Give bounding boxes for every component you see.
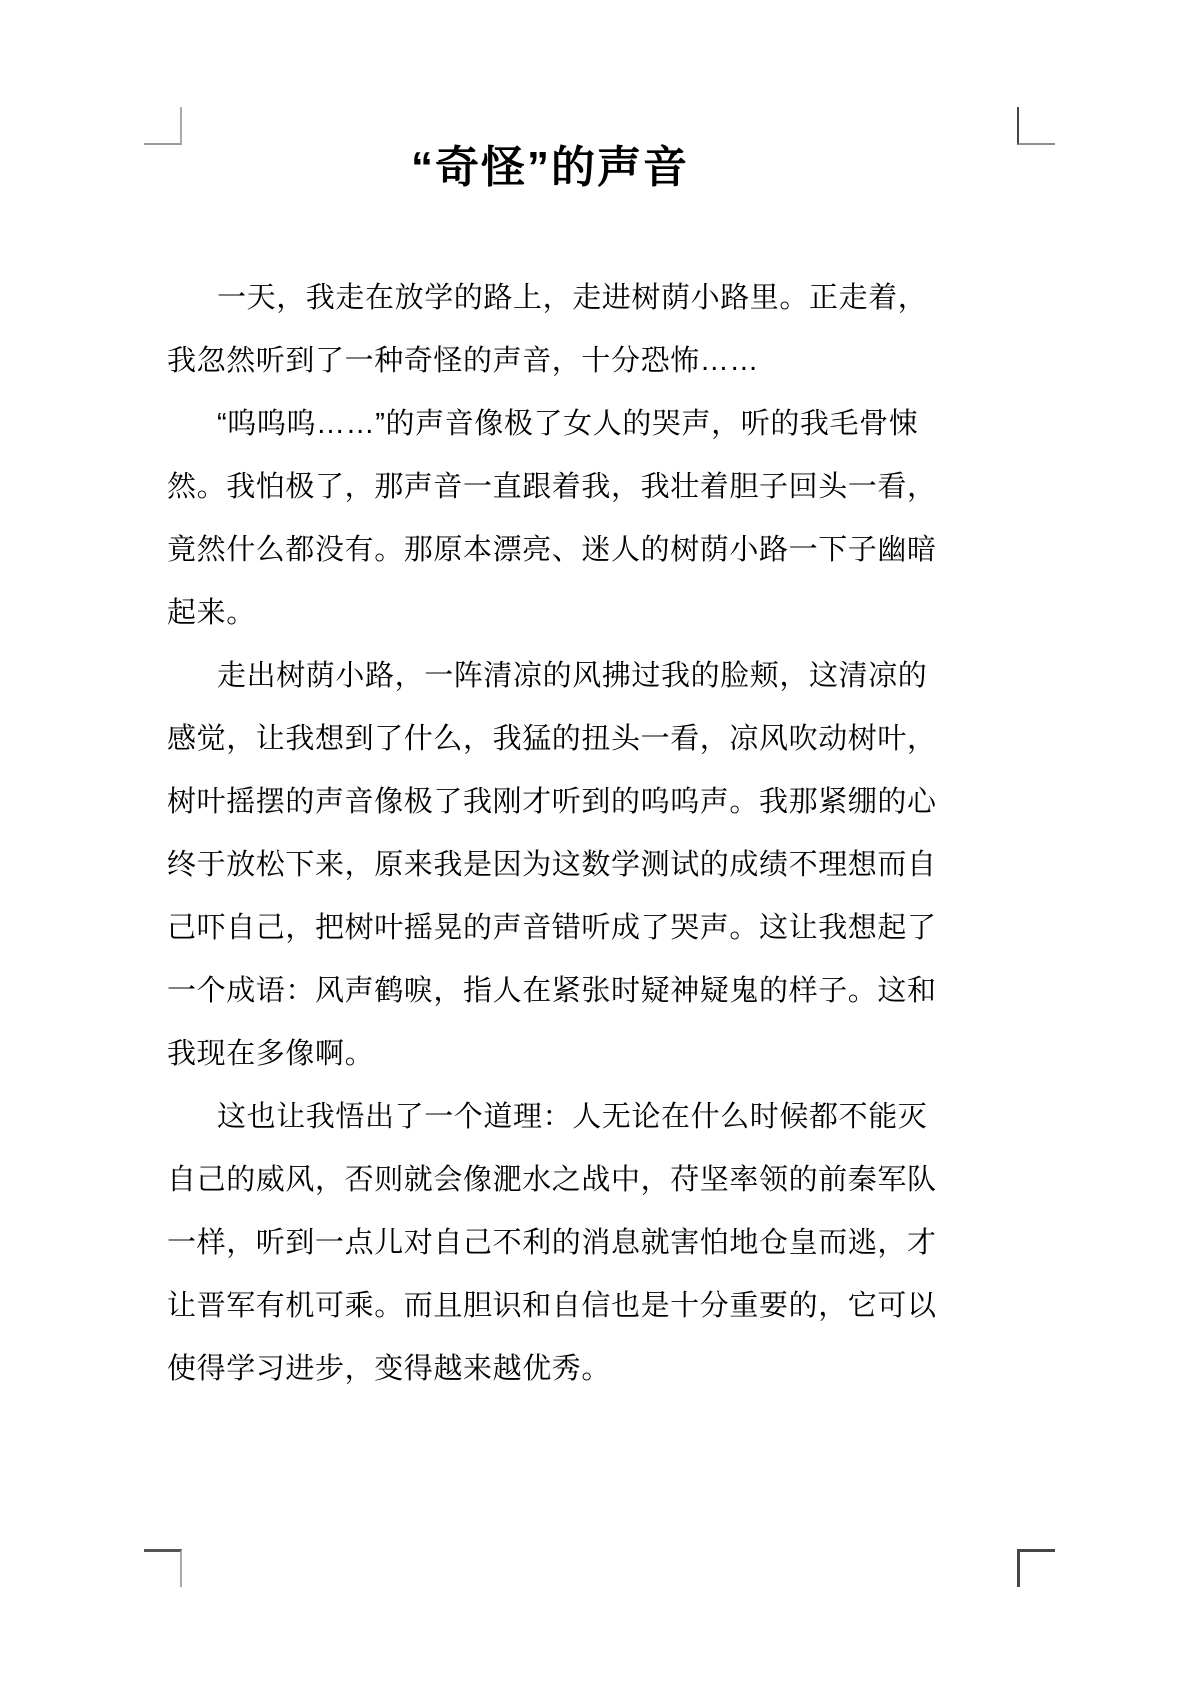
text-line: 使得学习进步，变得越来越优秀。 xyxy=(167,1338,933,1401)
text-line: “呜呜呜……”的声音像极了女人的哭声，听的我毛骨悚 xyxy=(167,393,933,456)
paragraph: “呜呜呜……”的声音像极了女人的哭声，听的我毛骨悚然。我怕极了，那声音一直跟着我… xyxy=(167,393,933,645)
crop-mark-bottom-right xyxy=(1017,1549,1055,1587)
text-line: 竟然什么都没有。那原本漂亮、迷人的树荫小路一下子幽暗 xyxy=(167,519,933,582)
text-line: 一天，我走在放学的路上，走进树荫小路里。正走着， xyxy=(167,267,933,330)
text-line: 起来。 xyxy=(167,582,933,645)
text-line: 我现在多像啊。 xyxy=(167,1023,933,1086)
paragraph: 这也让我悟出了一个道理：人无论在什么时候都不能灭自己的威风，否则就会像淝水之战中… xyxy=(167,1086,933,1401)
text-line: 一个成语：风声鹤唳，指人在紧张时疑神疑鬼的样子。这和 xyxy=(167,960,933,1023)
document-page: “奇怪”的声音 一天，我走在放学的路上，走进树荫小路里。正走着，我忽然听到了一种… xyxy=(0,0,1200,1697)
text-line: 让晋军有机可乘。而且胆识和自信也是十分重要的，它可以 xyxy=(167,1275,933,1338)
text-line: 树叶摇摆的声音像极了我刚才听到的呜呜声。我那紧绷的心 xyxy=(167,771,933,834)
text-line: 走出树荫小路，一阵清凉的风拂过我的脸颊，这清凉的 xyxy=(167,645,933,708)
crop-mark-bottom-left xyxy=(144,1549,182,1587)
text-line: 一样，听到一点儿对自己不利的消息就害怕地仓皇而逃，才 xyxy=(167,1212,933,1275)
document-content: “奇怪”的声音 一天，我走在放学的路上，走进树荫小路里。正走着，我忽然听到了一种… xyxy=(167,0,933,1401)
paragraph: 一天，我走在放学的路上，走进树荫小路里。正走着，我忽然听到了一种奇怪的声音，十分… xyxy=(167,267,933,393)
text-line: 终于放松下来，原来我是因为这数学测试的成绩不理想而自 xyxy=(167,834,933,897)
paragraph: 走出树荫小路，一阵清凉的风拂过我的脸颊，这清凉的感觉，让我想到了什么，我猛的扭头… xyxy=(167,645,933,1086)
text-line: 我忽然听到了一种奇怪的声音，十分恐怖…… xyxy=(167,330,933,393)
crop-mark-top-right xyxy=(1017,107,1055,145)
document-title: “奇怪”的声音 xyxy=(167,140,933,196)
text-line: 自己的威风，否则就会像淝水之战中，苻坚率领的前秦军队 xyxy=(167,1149,933,1212)
text-line: 然。我怕极了，那声音一直跟着我，我壮着胆子回头一看， xyxy=(167,456,933,519)
text-line: 这也让我悟出了一个道理：人无论在什么时候都不能灭 xyxy=(167,1086,933,1149)
document-body: 一天，我走在放学的路上，走进树荫小路里。正走着，我忽然听到了一种奇怪的声音，十分… xyxy=(167,267,933,1401)
text-line: 己吓自己，把树叶摇晃的声音错听成了哭声。这让我想起了 xyxy=(167,897,933,960)
text-line: 感觉，让我想到了什么，我猛的扭头一看，凉风吹动树叶， xyxy=(167,708,933,771)
